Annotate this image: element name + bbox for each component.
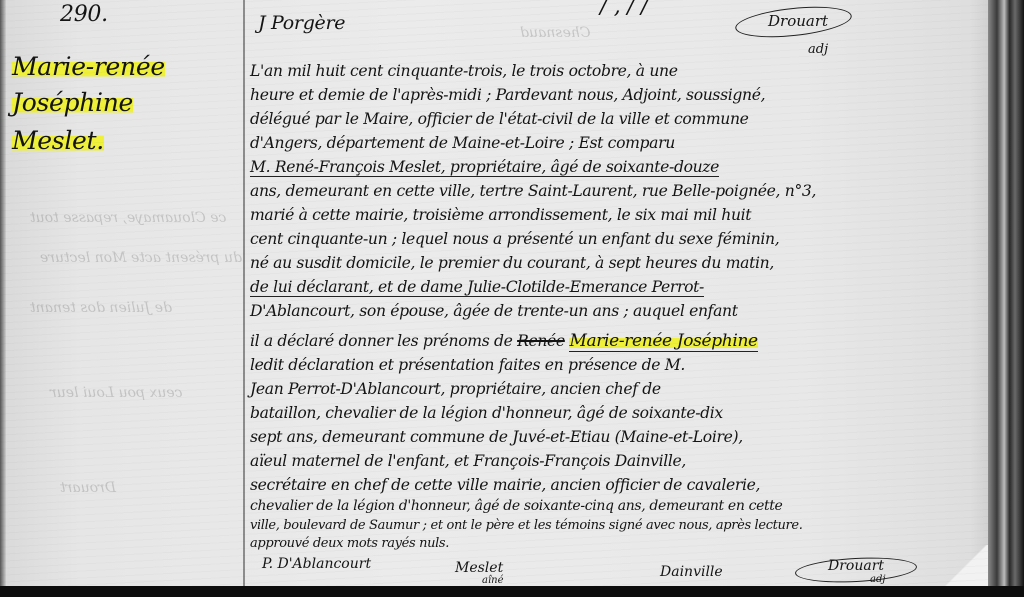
register-page: ce Clouamaye, repasse tout du présent ac… [0,0,1000,588]
signature-witness: Dainville [660,564,723,580]
body-line: sept ans, demeurant commune de Juvé-et-E… [250,428,743,446]
margin-name-line: Joséphine [12,88,133,117]
body-line: chevalier de la légion d'honneur, âgé de… [250,498,783,514]
body-line: D'Ablancourt, son épouse, âgée de trente… [250,302,738,320]
margin-name-line: Meslet. [12,126,104,155]
signature-top-right: Drouart [768,12,828,30]
book-binding [988,0,1024,597]
body-line-given-names: il a déclaré donner les prénoms de Renée… [250,331,758,351]
folded-page-corner [935,545,995,588]
scan-bottom-edge [0,586,1024,597]
signature-top-right-sub: adj [808,42,828,57]
body-line: ledit déclaration et présentation faites… [250,356,685,374]
body-line: cent cinquante-un ; lequel nous a présen… [250,230,779,248]
body-line: heure et demie de l'après-midi ; Pardeva… [250,86,765,104]
body-line: délégué par le Maire, officier de l'état… [250,110,749,128]
signature-dablancourt: P. D'Ablancourt [262,556,371,572]
bleed-through-text: ce Clouamaye, repasse tout [30,210,226,226]
bleed-through-text: de Julien dos tenant [30,300,172,316]
bleed-through-text: Drouart [60,480,116,496]
bleed-through-text: ceux pou Loui leur [50,385,183,401]
page-left-shadow [0,0,6,588]
signature-father: Meslet [455,560,503,576]
body-line: ans, demeurant en cette ville, tertre Sa… [250,182,816,200]
signature-father-sub: aîné [482,575,504,586]
top-marks: / , / / [600,0,648,19]
body-line-approval: approuvé deux mots rayés nuls. [250,536,449,551]
body-line-father: M. René-François Meslet, propriétaire, â… [250,158,719,177]
margin-name-line: Marie-renée [12,52,165,81]
body-line-mother: de lui déclarant, et de dame Julie-Cloti… [250,278,704,297]
officer-heading: J Porgère [258,12,345,34]
body-line: bataillon, chevalier de la légion d'honn… [250,404,723,422]
signature-bottom-right: Drouart [828,558,884,574]
signature-bottom-right-sub: adj [870,574,885,585]
margin-rule [243,0,245,586]
given-names-highlighted: Marie-renée Joséphine [569,331,757,352]
bleed-through-text: Chesnaud [520,25,591,41]
body-line: secrétaire en chef de cette ville mairie… [250,476,760,494]
body-line: ville, boulevard de Saumur ; et ont le p… [250,518,803,533]
body-line: Jean Perrot-D'Ablancourt, propriétaire, … [250,380,661,398]
body-line: L'an mil huit cent cinquante-trois, le t… [250,62,678,80]
body-line: d'Angers, département de Maine-et-Loire … [250,134,675,152]
struck-name: Renée [517,332,565,350]
body-line: marié à cette mairie, troisième arrondis… [250,206,751,224]
body-line: né au susdit domicile, le premier du cou… [250,254,774,272]
entry-number: 290. [60,2,108,27]
bleed-through-text: du présent acte Mon lecture [40,250,242,266]
body-line: aïeul maternel de l'enfant, et François-… [250,452,686,470]
